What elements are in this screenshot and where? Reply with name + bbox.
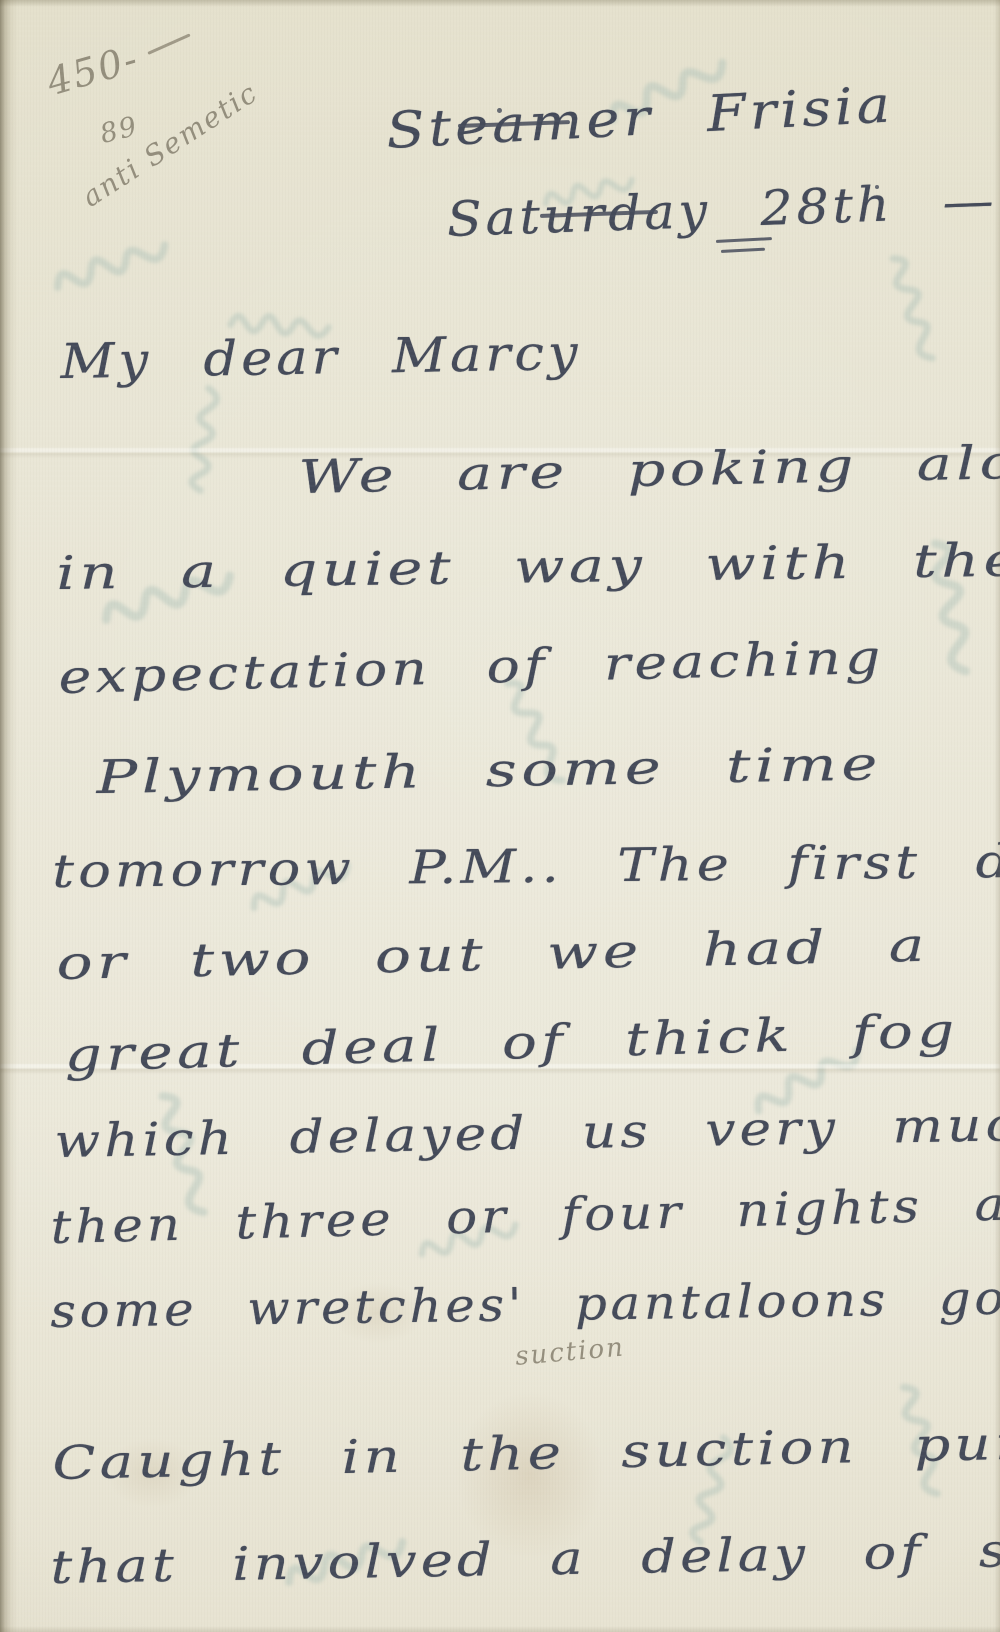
- body-line-5: tomorrow P.M.. The first day: [52, 835, 1000, 896]
- body-line-4: Plymouth some time: [96, 738, 882, 802]
- body-line-3: expectation of reaching: [58, 632, 885, 703]
- paper-edge-bottom: [0, 1626, 1000, 1632]
- paper-edge-top: [0, 0, 1000, 7]
- body-line-8: which delayed us very much —: [54, 1097, 1000, 1167]
- body-line-7: great deal of thick fog: [64, 1005, 959, 1081]
- body-line-11: Caught in the suction pump, &: [52, 1413, 1000, 1488]
- body-line-9: then three or four nights ago: [50, 1177, 1000, 1253]
- paper-edge-left: [0, 0, 18, 1632]
- ink-showthrough: [40, 212, 187, 327]
- ink-flourish: [721, 248, 765, 253]
- letter-scan-page: 450- 89 anti Semetic Steamer Frisia Satu…: [0, 0, 1000, 1632]
- paper-edge-right: [994, 0, 1000, 1632]
- heading-date-line: Saturday 28th — Pm: [446, 170, 1000, 247]
- ink-speck: [497, 108, 502, 113]
- body-line-10: some wretches' pantaloons got —: [50, 1271, 1000, 1337]
- pencil-inline-note: suction: [514, 1332, 626, 1371]
- body-line-2: in a quiet way with the: [56, 535, 1000, 599]
- ink-speck: [875, 185, 879, 189]
- body-line-12: that involved a delay of some: [50, 1523, 1000, 1593]
- body-line-1: We are poking along: [298, 435, 1000, 502]
- heading-place-line: Steamer Frisia: [385, 77, 895, 159]
- pencil-price-code: 450-: [42, 36, 144, 104]
- pencil-price-sub: 89: [97, 111, 142, 150]
- ink-showthrough: [857, 242, 964, 378]
- pencil-dash-stroke: [147, 33, 190, 54]
- ink-showthrough: [157, 375, 257, 504]
- body-line-6: or two out we had a: [56, 920, 929, 989]
- salutation: My dear Marcy: [60, 327, 582, 389]
